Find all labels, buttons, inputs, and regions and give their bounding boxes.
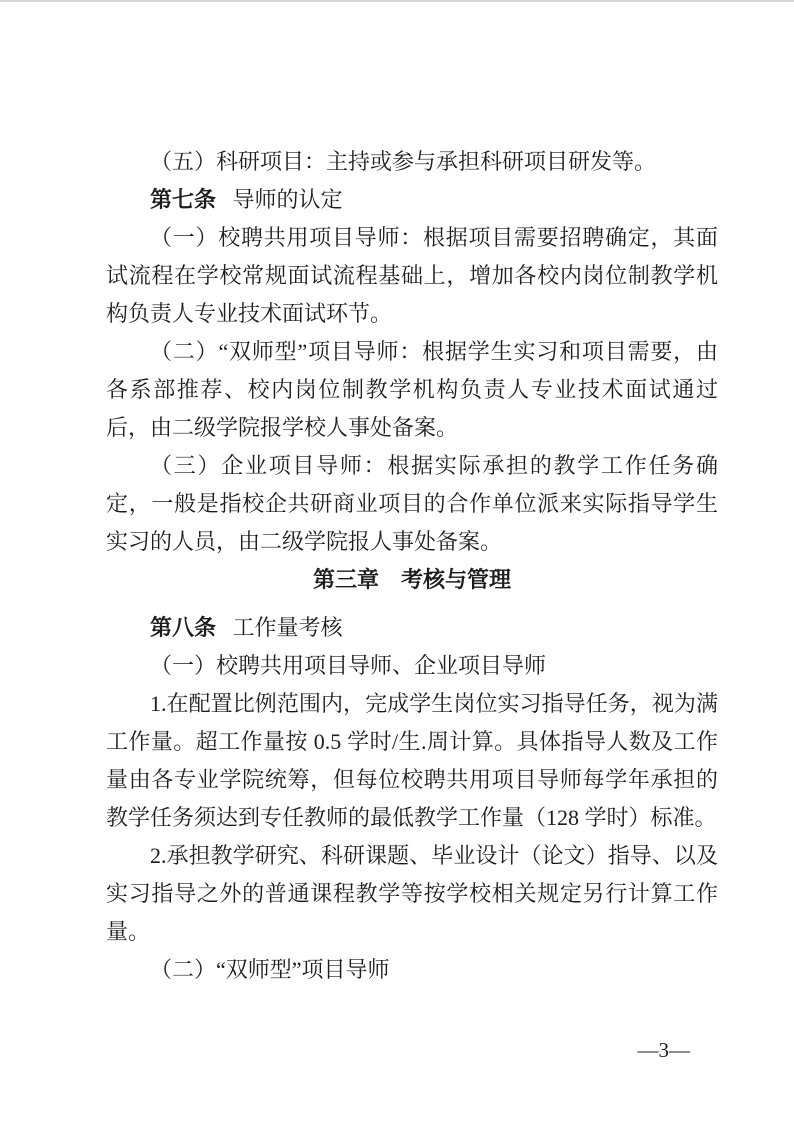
chapter-3-heading: 第三章考核与管理 [106,561,718,599]
para-mentor-type-3: （三）企业项目导师：根据实际承担的教学工作任务确定，一般是指校企共研商业项目的合… [106,447,718,561]
chapter-3-title: 考核与管理 [401,567,511,592]
article-8-heading: 第八条工作量考核 [106,609,718,647]
article-7-title: 导师的认定 [233,187,343,212]
page-number: —3— [638,1038,691,1062]
para-research-project: （五）科研项目：主持或参与承担科研项目研发等。 [106,143,718,181]
para-assessment-intro: （一）校聘共用项目导师、企业项目导师 [106,647,718,685]
document-page: （五）科研项目：主持或参与承担科研项目研发等。 第七条导师的认定 （一）校聘共用… [0,0,794,1122]
para-assessment-rule-1: 1.在配置比例范围内，完成学生岗位实习指导任务，视为满工作量。超工作量按 0.5… [106,685,718,837]
para-assessment-rule-2: 2.承担教学研究、科研课题、毕业设计（论文）指导、以及实习指导之外的普通课程教学… [106,837,718,951]
article-7-heading: 第七条导师的认定 [106,181,718,219]
article-8-label: 第八条 [150,615,216,640]
para-assessment-dual-teacher: （二）“双师型”项目导师 [106,951,718,989]
article-8-title: 工作量考核 [233,615,343,640]
article-7-label: 第七条 [150,187,216,212]
para-mentor-type-2: （二）“双师型”项目导师：根据学生实习和项目需要，由各系部推荐、校内岗位制教学机… [106,333,718,447]
document-body: （五）科研项目：主持或参与承担科研项目研发等。 第七条导师的认定 （一）校聘共用… [106,143,718,989]
para-mentor-type-1: （一）校聘共用项目导师：根据项目需要招聘确定，其面试流程在学校常规面试流程基础上… [106,219,718,333]
chapter-3-label: 第三章 [313,567,379,592]
